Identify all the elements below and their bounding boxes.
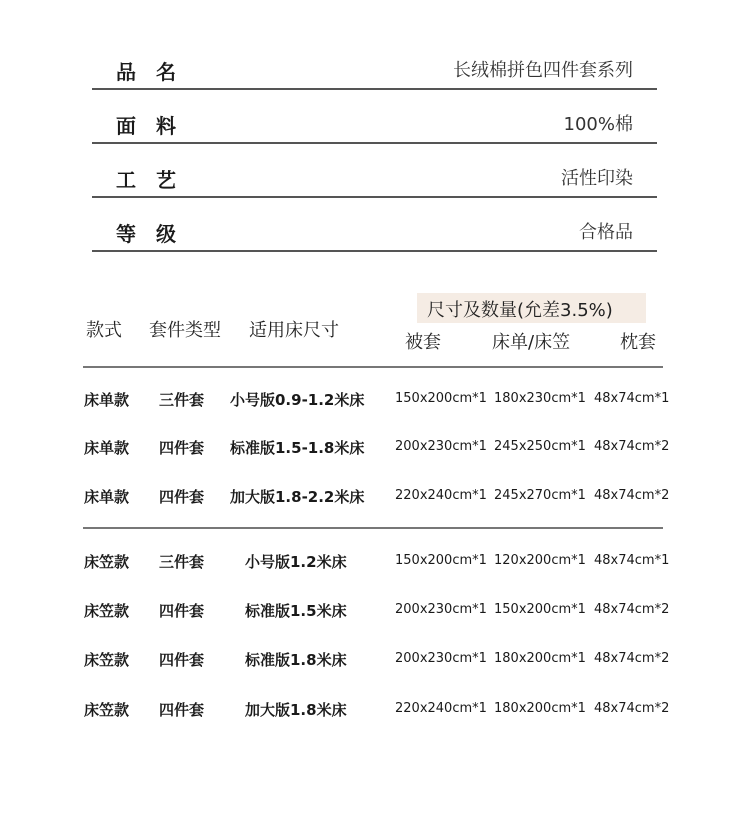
cell-style: 床笠款 — [84, 649, 129, 670]
cell-bed-size: 小号版0.9-1.2米床 — [230, 389, 364, 410]
spec-label: 等级 — [116, 218, 196, 247]
cell-pillow: 48x74cm*2 — [594, 651, 669, 666]
cell-sheet: 150x200cm*1 — [494, 602, 586, 617]
spec-value: 长绒棉拼色四件套系列 — [453, 56, 633, 82]
cell-set-type: 四件套 — [159, 699, 204, 720]
cell-pillow: 48x74cm*2 — [594, 602, 669, 617]
header-set-type: 套件类型 — [149, 316, 221, 342]
cell-duvet: 150x200cm*1 — [395, 553, 487, 568]
spec-value: 活性印染 — [561, 164, 633, 190]
cell-bed-size: 标准版1.5米床 — [245, 600, 347, 621]
header-duvet: 被套 — [405, 328, 441, 354]
spec-value: 100%棉 — [564, 110, 633, 136]
spec-table: 品名 长绒棉拼色四件套系列 面料 100%棉 工艺 活性印染 等级 合格品 — [92, 36, 657, 252]
cell-style: 床笠款 — [84, 600, 129, 621]
cell-duvet: 220x240cm*1 — [395, 701, 487, 716]
size-group-header: 尺寸及数量(允差3.5%) — [427, 296, 613, 322]
spec-row-fabric: 面料 100%棉 — [92, 90, 657, 144]
table-row: 床单款 四件套 加大版1.8-2.2米床 220x240cm*1 245x270… — [0, 486, 750, 516]
header-sheet: 床单/床笠 — [492, 328, 570, 354]
cell-bed-size: 小号版1.2米床 — [245, 551, 347, 572]
cell-duvet: 220x240cm*1 — [395, 488, 487, 503]
cell-style: 床单款 — [84, 486, 129, 507]
cell-bed-size: 加大版1.8-2.2米床 — [230, 486, 364, 507]
header-style: 款式 — [86, 316, 122, 342]
cell-set-type: 四件套 — [159, 437, 204, 458]
cell-sheet: 180x230cm*1 — [494, 391, 586, 406]
header-divider — [83, 366, 663, 368]
spec-row-grade: 等级 合格品 — [92, 198, 657, 252]
cell-sheet: 245x250cm*1 — [494, 439, 586, 454]
table-row: 床笠款 四件套 加大版1.8米床 220x240cm*1 180x200cm*1… — [0, 699, 750, 729]
cell-style: 床笠款 — [84, 699, 129, 720]
cell-set-type: 四件套 — [159, 649, 204, 670]
cell-duvet: 200x230cm*1 — [395, 602, 487, 617]
cell-pillow: 48x74cm*2 — [594, 488, 669, 503]
cell-pillow: 48x74cm*1 — [594, 553, 669, 568]
spec-label: 面料 — [116, 110, 196, 139]
cell-duvet: 200x230cm*1 — [395, 651, 487, 666]
cell-pillow: 48x74cm*1 — [594, 391, 669, 406]
cell-duvet: 150x200cm*1 — [395, 391, 487, 406]
cell-duvet: 200x230cm*1 — [395, 439, 487, 454]
cell-set-type: 三件套 — [159, 389, 204, 410]
cell-sheet: 245x270cm*1 — [494, 488, 586, 503]
cell-set-type: 四件套 — [159, 600, 204, 621]
spec-row-process: 工艺 活性印染 — [92, 144, 657, 198]
header-pillow: 枕套 — [620, 328, 656, 354]
cell-pillow: 48x74cm*2 — [594, 439, 669, 454]
cell-sheet: 120x200cm*1 — [494, 553, 586, 568]
cell-set-type: 三件套 — [159, 551, 204, 572]
spec-label: 工艺 — [116, 164, 196, 193]
cell-sheet: 180x200cm*1 — [494, 701, 586, 716]
table-row: 床单款 四件套 标准版1.5-1.8米床 200x230cm*1 245x250… — [0, 437, 750, 467]
cell-style: 床单款 — [84, 389, 129, 410]
spec-label: 品名 — [116, 56, 196, 85]
table-row: 床笠款 四件套 标准版1.5米床 200x230cm*1 150x200cm*1… — [0, 600, 750, 630]
cell-set-type: 四件套 — [159, 486, 204, 507]
spec-row-name: 品名 长绒棉拼色四件套系列 — [92, 36, 657, 90]
table-row: 床笠款 三件套 小号版1.2米床 150x200cm*1 120x200cm*1… — [0, 551, 750, 581]
cell-style: 床单款 — [84, 437, 129, 458]
section-divider — [83, 527, 663, 529]
cell-style: 床笠款 — [84, 551, 129, 572]
cell-bed-size: 标准版1.8米床 — [245, 649, 347, 670]
spec-value: 合格品 — [579, 218, 633, 244]
header-bed-size: 适用床尺寸 — [249, 316, 339, 342]
cell-bed-size: 标准版1.5-1.8米床 — [230, 437, 364, 458]
cell-sheet: 180x200cm*1 — [494, 651, 586, 666]
table-row: 床笠款 四件套 标准版1.8米床 200x230cm*1 180x200cm*1… — [0, 649, 750, 679]
cell-pillow: 48x74cm*2 — [594, 701, 669, 716]
cell-bed-size: 加大版1.8米床 — [245, 699, 347, 720]
table-row: 床单款 三件套 小号版0.9-1.2米床 150x200cm*1 180x230… — [0, 389, 750, 419]
